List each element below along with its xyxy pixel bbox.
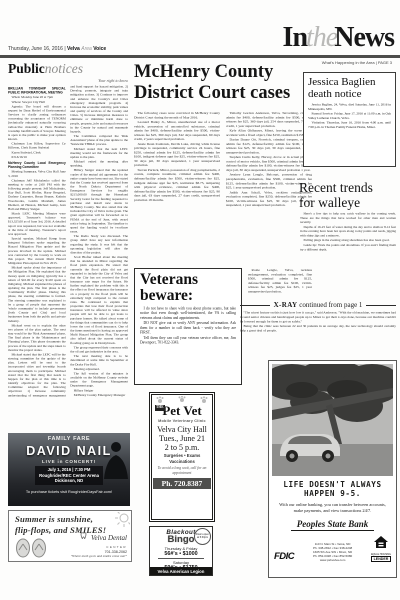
death-notice-text: Jessica Baglien, 24, Velva, died Saturda…	[308, 103, 391, 165]
fdic-logo: FDIC	[274, 551, 294, 562]
public-notices-text: BRILLIAN TOWNSHIP SPECIAL PUBLIC INFORMA…	[8, 85, 128, 430]
pet-vet-ad: THE Pet Vet Mobile Veterinary Clinic Vel…	[149, 392, 215, 522]
flip-flops-icon	[14, 538, 48, 558]
paragraph: I do not have to share with you about ph…	[140, 306, 236, 320]
notice-paragraph: When: Monday June 20 at 7pm	[8, 96, 66, 100]
court-headline-line1: McHenry County	[134, 62, 314, 83]
notice-paragraph: 6/9-6/16/16	[8, 155, 66, 159]
paper-name-velva: Velva	[67, 46, 80, 52]
pet-vet-time: 2 to 5 p.m.	[153, 443, 211, 452]
pet-vet-logo: THE Pet Vet	[153, 404, 211, 417]
walleye-text: Here's a few tips to help you catch wall…	[300, 212, 396, 298]
veterans-body: I do not have to share with you about ph…	[140, 306, 236, 368]
bingo-doors-badge: Doors open at 5:30pm	[194, 528, 211, 545]
public-notices-tagline: Your right to know	[8, 78, 128, 83]
notice-paragraph: The Committee compared the 'Risk Assessm…	[70, 135, 128, 147]
notice-paragraph: McHenry County Emergency Manager	[70, 393, 128, 397]
pet-vet-phone: Ph. 720.8387	[153, 478, 211, 489]
paragraph: Depths of 16-25 feet of water during the…	[300, 225, 396, 238]
court-article-body: The following cases were convicted in Mc…	[134, 111, 312, 267]
paragraph: Tell them they can call your veteran ser…	[140, 335, 236, 344]
court-headline-line2: District Court cases	[134, 83, 314, 104]
bingo-prize1: 56#'s • $1000	[150, 551, 212, 557]
notice-paragraph: The full version of the minutes is avail…	[70, 372, 128, 388]
dental-brand-block: Velva Dental CENTER 701-338-2062 "Where …	[71, 527, 127, 558]
paragraph: Jessica Baglien, 24, Velva, died Saturda…	[308, 103, 391, 112]
notice-paragraph: Hillary Steiger stated that the updated …	[70, 169, 128, 234]
death-notice-headline: Jessica Baglien death notice	[308, 76, 391, 101]
notice-paragraph: Michael spoke about the importance of th…	[8, 266, 66, 323]
equal-housing-house-icon	[374, 536, 388, 548]
paragraph: Jessie Deun Ironhawk, Devils Lake, drivi…	[134, 142, 220, 168]
concert-details: July 1, 2016 | 7:30 PM Roughrider/REC Ce…	[35, 466, 103, 485]
bingo-venue: Velva American Legion	[150, 567, 212, 575]
notice-paragraph: Karen Stubstad, Clerk	[8, 151, 66, 155]
dental-brand-sub: CENTER	[71, 545, 127, 549]
walleye-headline-line1: Recent trends	[299, 181, 396, 196]
bank-footer: FDIC 110 N. Main St • Velva, ND Ph. 338-…	[272, 535, 393, 562]
notice-paragraph: Michael exited the meeting after speakin…	[70, 160, 128, 168]
paper-name-voice: Voice	[93, 46, 106, 52]
section-masthead: IntheNews	[283, 24, 394, 52]
notice-paragraph: Special speaker, Michael Kemp from Integ…	[8, 237, 66, 266]
paragraph: Pulling plugs in the evening along shore…	[300, 239, 396, 243]
notice-paragraph: Meeting Summary, Velva City Hall June 3,…	[8, 170, 66, 178]
pet-vet-services2: Vaccinations	[153, 459, 211, 464]
dateline: Thursday, June 16, 2016 | Velva Area Voi…	[8, 46, 106, 52]
xray-rule-left	[240, 305, 270, 306]
dental-ad: Summer is sunshine, flip-flops, and SMIL…	[8, 510, 132, 562]
xray-body: "The nicest feature on this is just how …	[240, 311, 396, 359]
xray-heading: X-RAY continued from page 1	[240, 301, 396, 309]
concert-date: July 1, 2016 | 7:30 PM	[39, 467, 99, 473]
header-rule	[0, 55, 400, 58]
bingo-divider	[158, 558, 204, 559]
notice-heading: McHenry County Local Emergency Planning …	[8, 161, 66, 169]
paragraph: The following cases were convicted in Mc…	[134, 111, 220, 120]
notice-paragraph: The next meeting date is to be determine…	[70, 355, 128, 367]
pet-vet-location: Velva City Hall	[153, 425, 211, 434]
fallen-tree-car-photo	[272, 364, 393, 476]
masthead-in: In	[283, 22, 307, 53]
notice-paragraph: The Radio Study was discussed. The group…	[70, 235, 128, 255]
paragraph: "The nicest feature on this is just how …	[240, 311, 396, 324]
notice-paragraph: Where: Sawyer City Hall	[8, 100, 66, 104]
paper-name-area: Area	[81, 46, 92, 52]
dental-brand: Velva Dental	[91, 534, 127, 542]
walleye-body: Here's a few tips to help you catch wall…	[300, 212, 396, 298]
masthead-the: the	[306, 22, 337, 53]
xray-heading-text: X-RAY continued from page 1	[274, 301, 363, 309]
public-notices-title-bold: Public	[8, 61, 45, 76]
bank-website: www.psbvelva.com	[320, 558, 346, 562]
paragraph: Funeral Service: Friday, June 17, 2016 a…	[308, 112, 391, 121]
public-notices-body: BRILLIAN TOWNSHIP SPECIAL PUBLIC INFORMA…	[8, 85, 128, 430]
bank-headline-line2: HAPPEN 9-5.	[272, 489, 393, 498]
veterans-beware-box: Veterans beware: I do not have to share …	[134, 268, 242, 385]
notice-heading: BRILLIAN TOWNSHIP SPECIAL PUBLIC INFORMA…	[8, 87, 66, 95]
singer-silhouette	[100, 439, 128, 479]
walleye-headline-line2: for walleye	[299, 196, 396, 211]
xray-continuation-section: X-RAY continued from page 1 "The nicest …	[240, 301, 396, 359]
notice-paragraph: Meeting adjourned.	[70, 367, 128, 371]
bank-ad: LIFE DOESN'T ALWAYS HAPPEN 9-5. With our…	[268, 360, 397, 578]
bank-headline-line1: LIFE DOESN'T ALWAYS	[272, 480, 393, 489]
concert-ad: FAMILY FARE DAVID NAIL LIVE in CONCERT! …	[8, 433, 130, 506]
pet-vet-brand: Pet Vet	[162, 403, 201, 418]
paragraph: Guide tip: Work the points and shoreline…	[300, 243, 396, 252]
death-headline-line1: Jessica Baglien	[308, 76, 391, 88]
pet-vet-note: To avoid a long wait, call for an appoin…	[153, 466, 211, 475]
paragraph: Visitation: Thursday, June 16, 2016 from…	[308, 121, 391, 130]
pet-vet-subtitle: Mobile Veterinary Clinic	[153, 419, 211, 423]
bingo-ad: Doors open at 5:30pm Blackout Bingo Thur…	[149, 526, 213, 576]
notice-paragraph: Chairman Lon Killen, Supervisor Cy Kille…	[8, 142, 66, 150]
pet-vet-services1: Surgeries • Exams	[153, 453, 211, 458]
paragraph: Leonard Bailey Jr., Minot, unauthorized …	[134, 120, 220, 141]
paragraph: Timothy Gordon Anderson, Velva, Terroriz…	[226, 111, 312, 128]
court-article-headline: McHenry County District Court cases	[134, 62, 314, 105]
xray-heading-bold: X-RAY	[274, 301, 298, 309]
date-text: Thursday, June 16, 2016	[8, 46, 63, 52]
bank-headline: LIFE DOESN'T ALWAYS HAPPEN 9-5.	[272, 480, 393, 499]
walleye-headline: Recent trends for walleye	[299, 181, 396, 211]
xray-rule-right	[366, 305, 396, 306]
notice-paragraph: Hillary Steiger	[70, 389, 128, 393]
masthead-subtitle: What's Happening in the Area | PAGE 3	[322, 60, 392, 65]
tooth-icon	[80, 527, 87, 544]
dental-tagline: "Where teeth go in and smiles come out!"	[71, 554, 127, 558]
notice-paragraph: Michael went on to explain the other two…	[8, 324, 66, 353]
paragraph: Being that the clinic sees between 22 an…	[240, 325, 396, 334]
newspaper-page: Thursday, June 16, 2016 | Velva Area Voi…	[0, 0, 400, 600]
pet-vet-the: THE	[155, 405, 165, 411]
death-headline-line2: death notice	[308, 88, 391, 100]
paragraph: Kyle Allan Ohlhauser, Minot, leaving the…	[226, 129, 312, 138]
masthead-news: News	[334, 22, 394, 53]
court-article-text: The following cases were convicted in Mc…	[134, 111, 312, 267]
notice-paragraph: Chairman Jeff Michalenko called the meet…	[8, 179, 66, 212]
bank-logo: Peoples State Bank	[291, 519, 375, 531]
notice-paragraph: March LEPC Meeting Minutes were approved…	[8, 212, 66, 237]
notice-paragraph: Michael stated that the next LEPC meetin…	[70, 147, 128, 159]
notice-paragraph: Scott Blofier talked about the meeting t…	[70, 256, 128, 346]
pet-vet-date: Tues., June 21	[153, 434, 211, 443]
xray-heading-rest: continued from page 1	[299, 301, 362, 309]
notice-paragraph: The group expressed their concerns with …	[70, 346, 128, 354]
concert-cta: To purchase tickets visit RoughriderDays…	[8, 489, 130, 494]
lender-word: LENDER	[371, 556, 391, 562]
paragraph: Darius Duane Ott, Norwich, criminal tres…	[226, 138, 312, 155]
death-notice-box: Jessica Baglien death notice Jessica Bag…	[303, 72, 396, 167]
veterans-headline: Veterans beware:	[140, 272, 236, 304]
bank-addresses: 110 N. Main St • Velva, ND Ph. 338-2812 …	[294, 542, 371, 562]
public-notices-title: Publicnotices	[8, 62, 83, 76]
veterans-text: I do not have to share with you about ph…	[140, 306, 236, 368]
paragraph: DO NOT give out or verify ANY personal i…	[140, 320, 236, 334]
paragraph: Here's a few tips to help you catch wall…	[300, 212, 396, 225]
public-notices-title-italic: notices	[45, 61, 83, 76]
paragraph: Stephen Curtis Kelly, Harvey, drove or i…	[226, 155, 312, 172]
lender-caption: EQUAL HOUSING	[371, 553, 391, 556]
paragraph: Steven Parlack, Minot, possession of dru…	[134, 168, 220, 202]
concert-city: Dickinson, ND	[39, 478, 99, 484]
equal-housing-lender-logo: EQUAL HOUSING LENDER	[371, 535, 391, 562]
notice-paragraph: Agenda: The board will discuss a request…	[8, 105, 66, 142]
bank-body-text: With our online banking, you can transfe…	[274, 502, 391, 514]
xray-text: "The nicest feature on this is just how …	[240, 311, 396, 359]
death-notice-body: Jessica Baglien, 24, Velva, died Saturda…	[308, 103, 391, 165]
